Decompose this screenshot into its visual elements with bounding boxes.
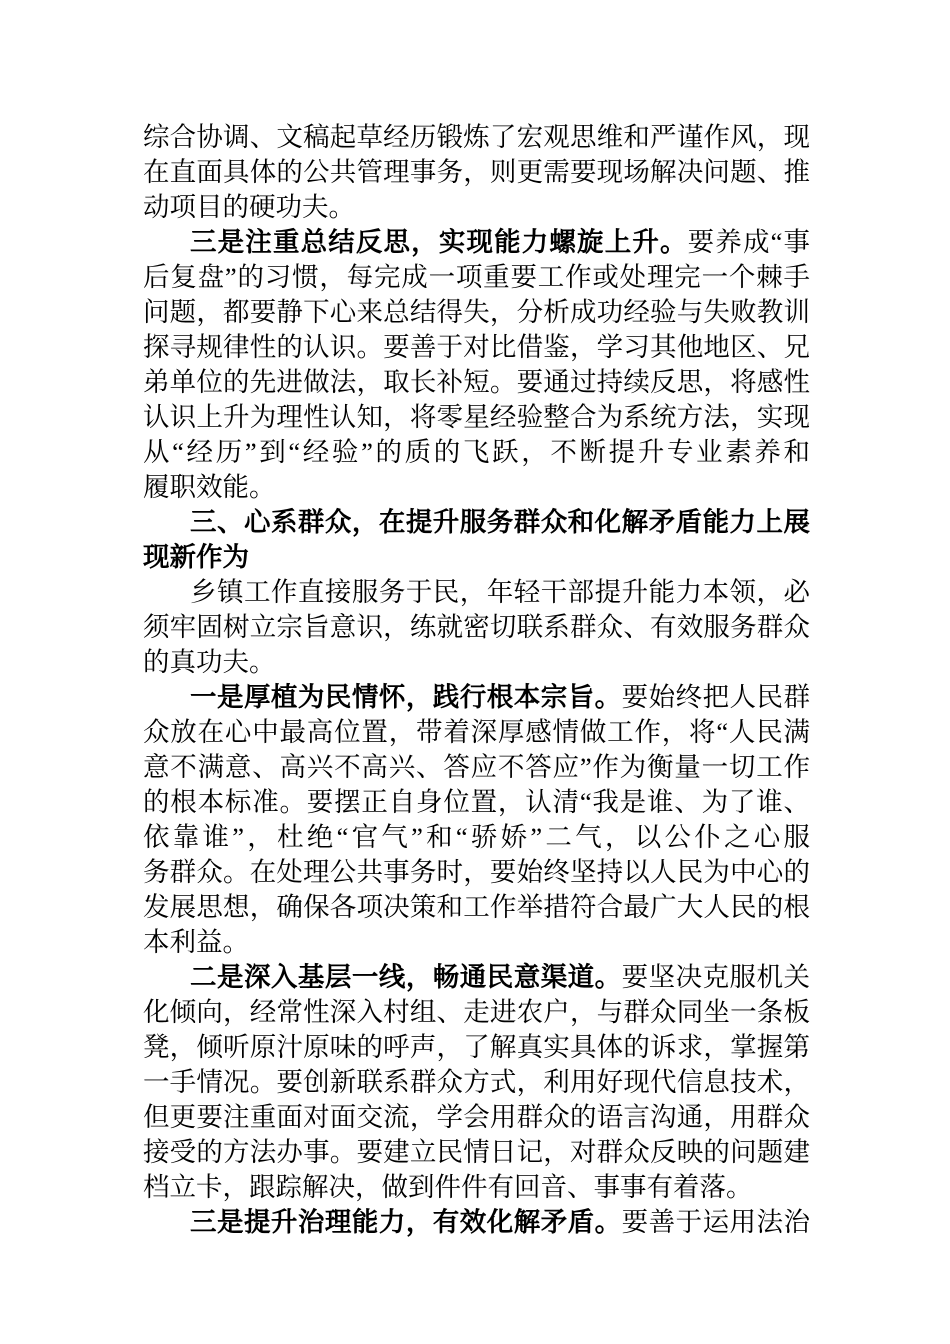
- body-text: 动项目的硬功夫。: [143, 192, 355, 222]
- text-line: 现新作为: [143, 540, 810, 575]
- emphasis-text: 三是提升治理能力，有效化解矛盾。: [190, 1207, 622, 1237]
- text-line: 一是厚植为民情怀，践行根本宗旨。要始终把人民群: [143, 680, 810, 715]
- text-line: 三是注重总结反思，实现能力螺旋上升。要养成“事: [143, 225, 810, 260]
- text-line: 接受的方法办事。要建立民情日记，对群众反映的问题建: [143, 1135, 810, 1170]
- body-text: 从“经历”到“经验”的质的飞跃，不断提升专业素养和: [143, 437, 810, 467]
- text-line: 三、心系群众，在提升服务群众和化解矛盾能力上展: [143, 505, 810, 540]
- para-point-two-grassroots: 二是深入基层一线，畅通民意渠道。要坚决克服机关化倾向，经常性深入村组、走进农户，…: [143, 960, 810, 1205]
- text-line: 意不满意、高兴不高兴、答应不答应”作为衡量一切工作: [143, 750, 810, 785]
- text-line: 二是深入基层一线，畅通民意渠道。要坚决克服机关: [143, 960, 810, 995]
- para-point-three-governance: 三是提升治理能力，有效化解矛盾。要善于运用法治: [143, 1205, 810, 1240]
- text-line: 的根本标准。要摆正自身位置，认清“我是谁、为了谁、: [143, 785, 810, 820]
- body-text: 要养成“事: [688, 227, 810, 257]
- text-line: 本利益。: [143, 925, 810, 960]
- emphasis-text: 一是厚植为民情怀，践行根本宗旨。: [190, 682, 622, 712]
- text-line: 依靠谁”，杜绝“官气”和“骄娇”二气，以公仆之心服: [143, 820, 810, 855]
- text-line: 化倾向，经常性深入村组、走进农户，与群众同坐一条板: [143, 995, 810, 1030]
- text-line: 须牢固树立宗旨意识，练就密切联系群众、有效服务群众: [143, 610, 810, 645]
- emphasis-text: 二是深入基层一线，畅通民意渠道。: [190, 962, 622, 992]
- body-text: 要坚决克服机关: [622, 962, 810, 992]
- text-line: 的真功夫。: [143, 645, 810, 680]
- text-line: 综合协调、文稿起草经历锻炼了宏观思维和严谨作风，现: [143, 120, 810, 155]
- body-text: 须牢固树立宗旨意识，练就密切联系群众、有效服务群众: [143, 612, 810, 642]
- body-text: 问题，都要静下心来总结得失，分析成功经验与失败教训: [143, 297, 810, 327]
- body-text: 后复盘”的习惯，每完成一项重要工作或处理完一个棘手: [143, 262, 810, 292]
- text-line: 一手情况。要创新联系群众方式，利用好现代信息技术，: [143, 1065, 810, 1100]
- text-line: 但更要注重面对面交流，学会用群众的语言沟通，用群众: [143, 1100, 810, 1135]
- body-text: 要始终把人民群: [622, 682, 810, 712]
- body-text: 弟单位的先进做法，取长补短。要通过持续反思，将感性: [143, 367, 810, 397]
- text-line: 动项目的硬功夫。: [143, 190, 810, 225]
- para-point-three-reflection: 三是注重总结反思，实现能力螺旋上升。要养成“事后复盘”的习惯，每完成一项重要工作…: [143, 225, 810, 505]
- emphasis-text: 三是注重总结反思，实现能力螺旋上升。: [190, 227, 688, 257]
- para-continuation: 综合协调、文稿起草经历锻炼了宏观思维和严谨作风，现在直面具体的公共管理事务，则更…: [143, 120, 810, 225]
- body-text: 认识上升为理性认知，将零星经验整合为系统方法，实现: [143, 402, 810, 432]
- body-text: 探寻规律性的认识。要善于对比借鉴，学习其他地区、兄: [143, 332, 810, 362]
- body-text: 档立卡，跟踪解决，做到件件有回音、事事有着落。: [143, 1172, 753, 1202]
- body-text: 履职效能。: [143, 472, 276, 502]
- body-text: 一手情况。要创新联系群众方式，利用好现代信息技术，: [143, 1067, 810, 1097]
- body-text: 化倾向，经常性深入村组、走进农户，与群众同坐一条板: [143, 997, 810, 1027]
- document-content: 综合协调、文稿起草经历锻炼了宏观思维和严谨作风，现在直面具体的公共管理事务，则更…: [143, 120, 810, 1240]
- para-point-one-serve-people: 一是厚植为民情怀，践行根本宗旨。要始终把人民群众放在心中最高位置，带着深厚感情做…: [143, 680, 810, 960]
- emphasis-text: 现新作为: [143, 542, 249, 572]
- text-line: 三是提升治理能力，有效化解矛盾。要善于运用法治: [143, 1205, 810, 1240]
- text-line: 弟单位的先进做法，取长补短。要通过持续反思，将感性: [143, 365, 810, 400]
- body-text: 发展思想，确保各项决策和工作举措符合最广大人民的根: [143, 892, 810, 922]
- text-line: 探寻规律性的认识。要善于对比借鉴，学习其他地区、兄: [143, 330, 810, 365]
- text-line: 务群众。在处理公共事务时，要始终坚持以人民为中心的: [143, 855, 810, 890]
- text-line: 在直面具体的公共管理事务，则更需要现场解决问题、推: [143, 155, 810, 190]
- text-line: 从“经历”到“经验”的质的飞跃，不断提升专业素养和: [143, 435, 810, 470]
- heading-section-three: 三、心系群众，在提升服务群众和化解矛盾能力上展现新作为: [143, 505, 810, 575]
- body-text: 众放在心中最高位置，带着深厚感情做工作，将“人民满: [143, 717, 810, 747]
- text-line: 众放在心中最高位置，带着深厚感情做工作，将“人民满: [143, 715, 810, 750]
- body-text: 的真功夫。: [143, 647, 276, 677]
- text-line: 后复盘”的习惯，每完成一项重要工作或处理完一个棘手: [143, 260, 810, 295]
- body-text: 务群众。在处理公共事务时，要始终坚持以人民为中心的: [143, 857, 810, 887]
- text-line: 认识上升为理性认知，将零星经验整合为系统方法，实现: [143, 400, 810, 435]
- document-page: 综合协调、文稿起草经历锻炼了宏观思维和严谨作风，现在直面具体的公共管理事务，则更…: [0, 0, 950, 1344]
- body-text: 乡镇工作直接服务于民，年轻干部提升能力本领，必: [190, 577, 810, 607]
- body-text: 在直面具体的公共管理事务，则更需要现场解决问题、推: [143, 157, 810, 187]
- document-body: { "page": { "background_color": "#ffffff…: [0, 0, 950, 1344]
- body-text: 依靠谁”，杜绝“官气”和“骄娇”二气，以公仆之心服: [143, 822, 810, 852]
- body-text: 接受的方法办事。要建立民情日记，对群众反映的问题建: [143, 1137, 810, 1167]
- text-line: 问题，都要静下心来总结得失，分析成功经验与失败教训: [143, 295, 810, 330]
- emphasis-text: 三、心系群众，在提升服务群众和化解矛盾能力上展: [190, 507, 810, 537]
- text-line: 履职效能。: [143, 470, 810, 505]
- para-section-three-intro: 乡镇工作直接服务于民，年轻干部提升能力本领，必须牢固树立宗旨意识，练就密切联系群…: [143, 575, 810, 680]
- text-line: 凳，倾听原汁原味的呼声，了解真实具体的诉求，掌握第: [143, 1030, 810, 1065]
- text-line: 发展思想，确保各项决策和工作举措符合最广大人民的根: [143, 890, 810, 925]
- body-text: 意不满意、高兴不高兴、答应不答应”作为衡量一切工作: [143, 752, 810, 782]
- body-text: 的根本标准。要摆正自身位置，认清“我是谁、为了谁、: [143, 787, 810, 817]
- body-text: 凳，倾听原汁原味的呼声，了解真实具体的诉求，掌握第: [143, 1032, 810, 1062]
- text-line: 档立卡，跟踪解决，做到件件有回音、事事有着落。: [143, 1170, 810, 1205]
- text-line: 乡镇工作直接服务于民，年轻干部提升能力本领，必: [143, 575, 810, 610]
- body-text: 本利益。: [143, 927, 249, 957]
- body-text: 综合协调、文稿起草经历锻炼了宏观思维和严谨作风，现: [143, 122, 810, 152]
- body-text: 但更要注重面对面交流，学会用群众的语言沟通，用群众: [143, 1102, 810, 1132]
- body-text: 要善于运用法治: [622, 1207, 810, 1237]
